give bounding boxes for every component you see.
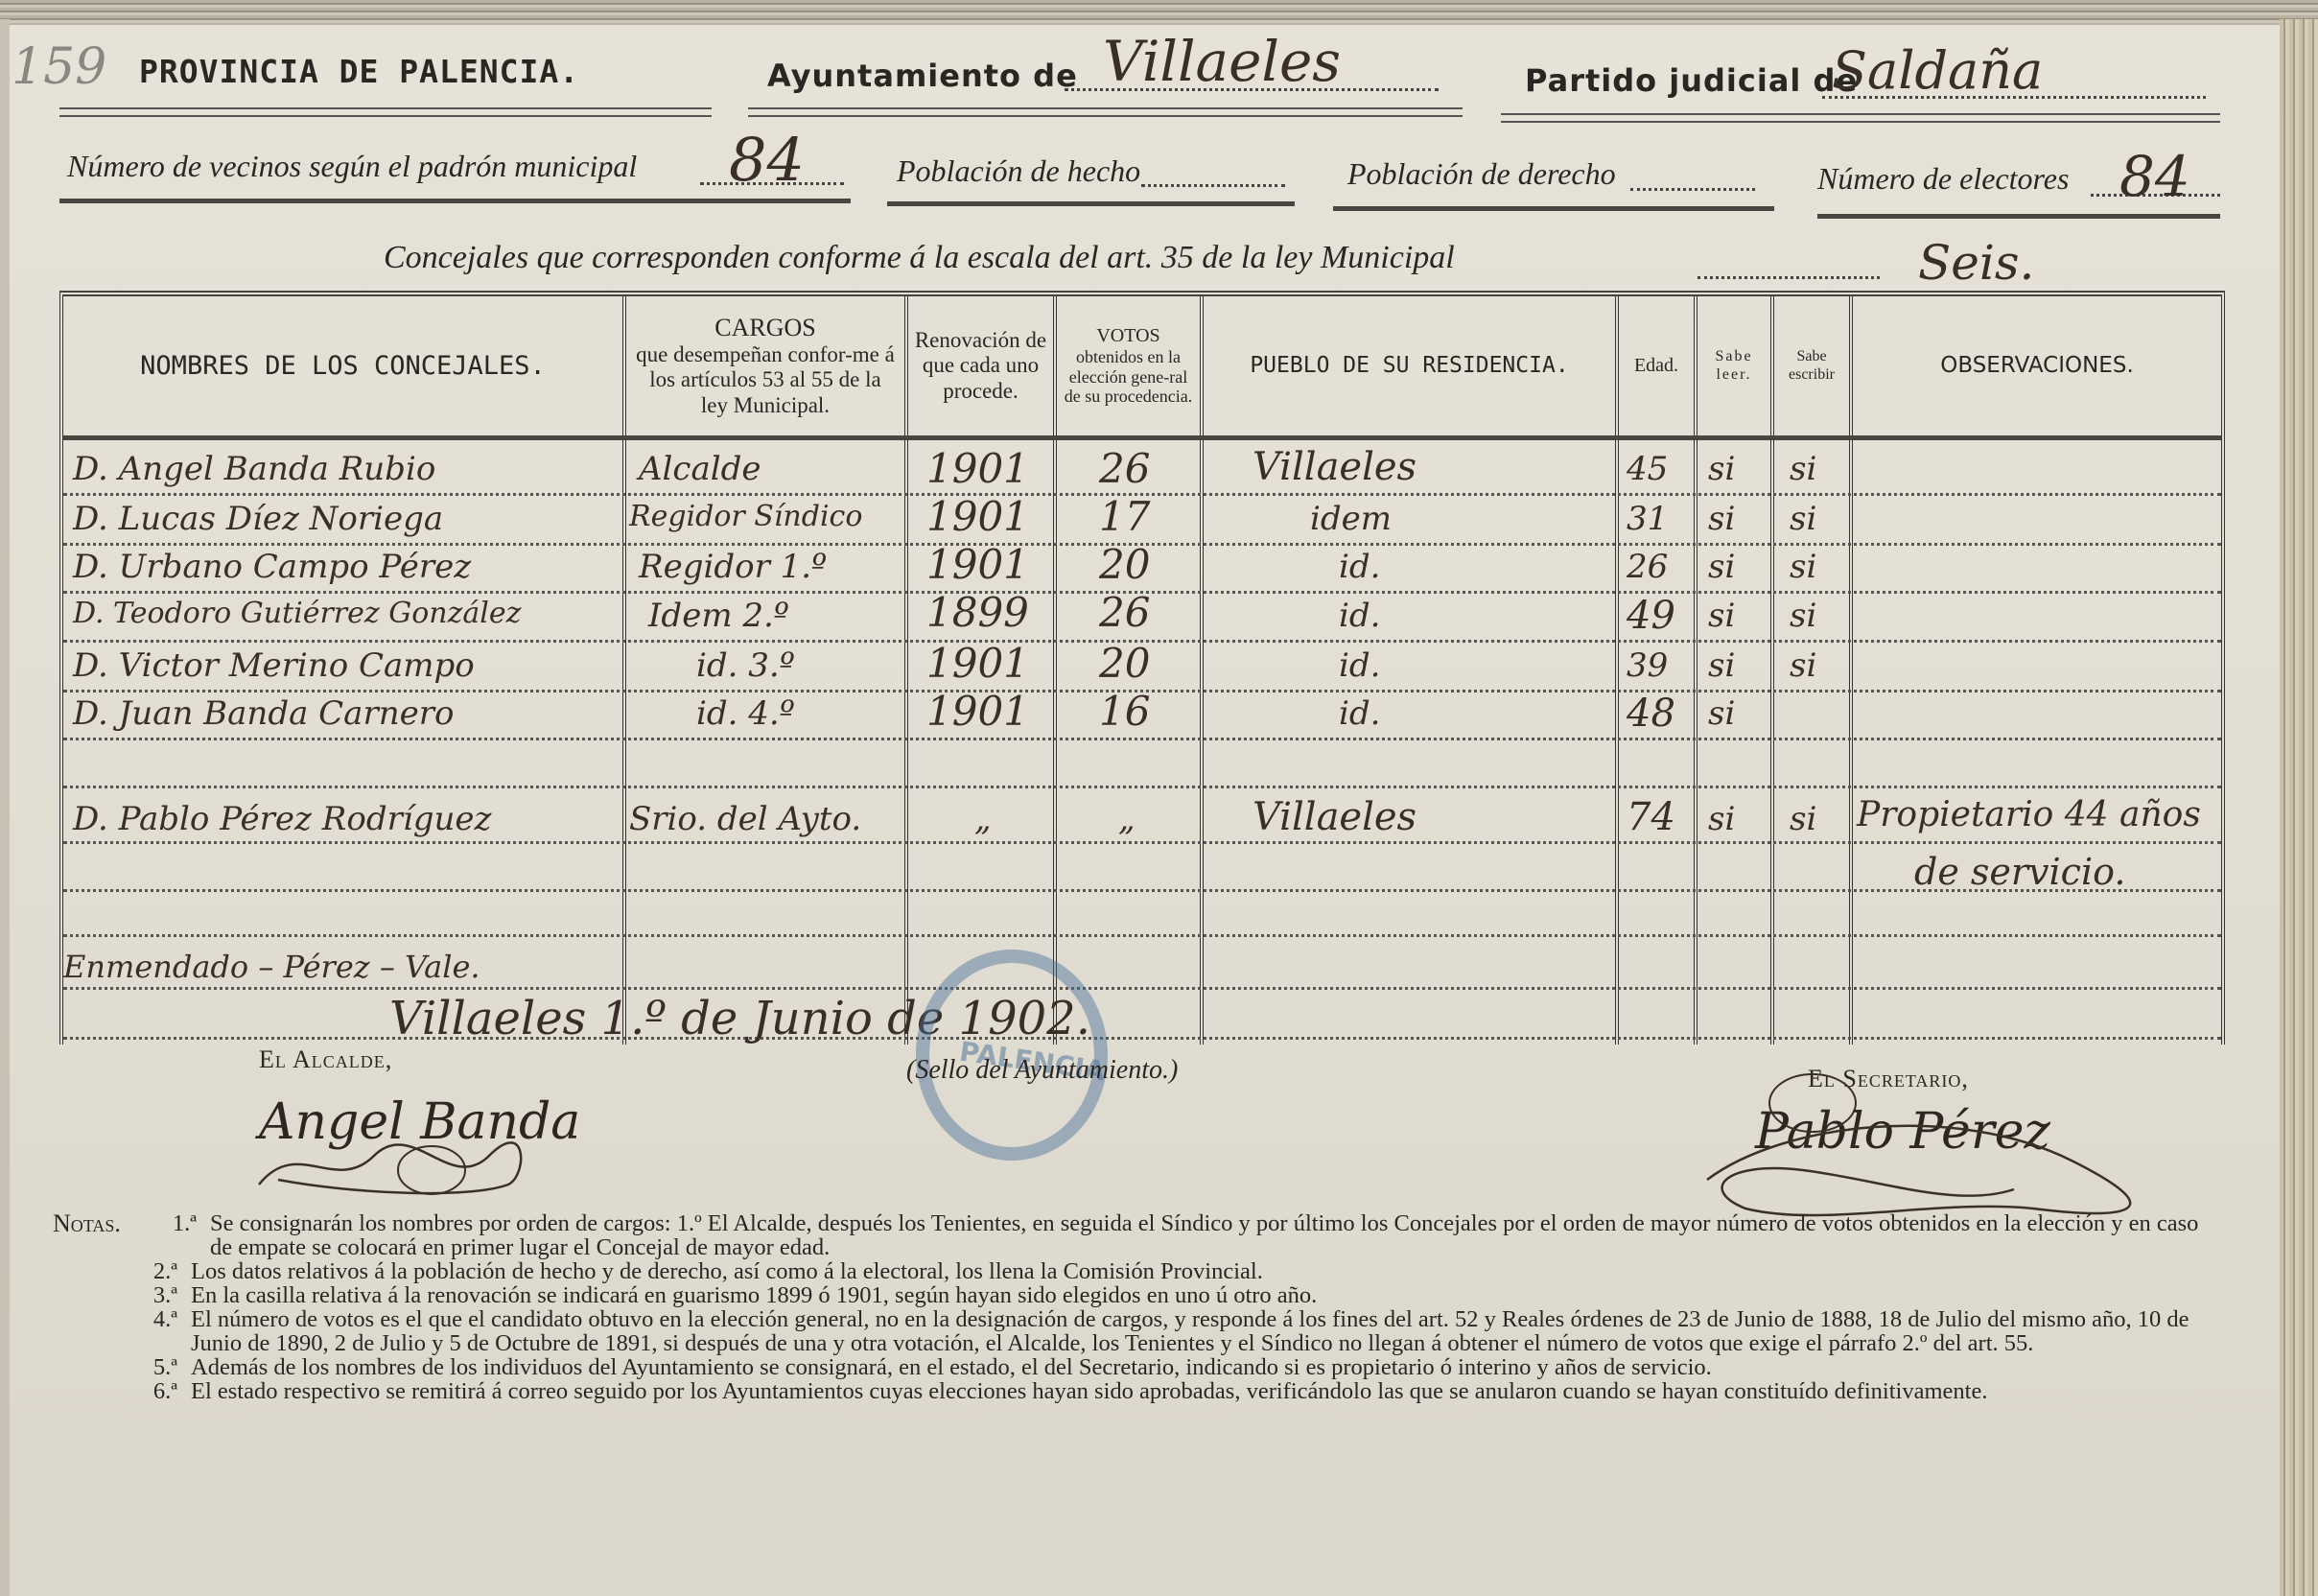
row-secretario-observaciones: Propietario 44 años [1857, 795, 2201, 834]
poblacion-derecho-label: Población de derecho [1347, 156, 1616, 192]
row-4-edad: 49 [1627, 594, 1675, 638]
row-5-renovacion: 1901 [926, 640, 1029, 687]
row-6-leer: si [1708, 694, 1735, 733]
header-pueblo: PUEBLO DE SU RESIDENCIA. [1204, 296, 1615, 435]
ayuntamiento-label: Ayuntamiento de [767, 58, 1078, 94]
poblacion-derecho-line [1630, 188, 1755, 191]
row-1-votos: 26 [1099, 445, 1150, 492]
note-number: 1.ª [158, 1211, 210, 1259]
concejales-table: NOMBRES DE LOS CONCEJALES. CARGOS que de… [59, 291, 2225, 1044]
divider [748, 107, 1463, 117]
header-votos: VOTOS obtenidos en la elección gene-ral … [1057, 296, 1200, 435]
notes-lead: Notas. [53, 1211, 158, 1259]
row-3-cargo: Regidor 1.º [639, 548, 827, 586]
row-6-cargo: id. 4.º [696, 694, 795, 733]
row-1-renovacion: 1901 [926, 445, 1029, 492]
row-2-cargo: Regidor Síndico [629, 500, 862, 533]
note-text: Se consignarán los nombres por orden de … [210, 1211, 2220, 1259]
note-4: 4.ª El número de votos es el que el cand… [53, 1307, 2220, 1355]
header-rule [63, 435, 2221, 440]
note-2: 2.ª Los datos relativos á la población d… [53, 1259, 2220, 1283]
concejales-scale-line [1698, 276, 1880, 279]
note-number: 2.ª [53, 1259, 191, 1283]
secretario-flourish-icon [1669, 1065, 2167, 1228]
row-4-votos: 26 [1099, 589, 1150, 636]
row-6-pueblo: id. [1339, 694, 1380, 733]
row-line [63, 889, 2221, 892]
note-6: 6.ª El estado respectivo se remitirá á c… [53, 1379, 2220, 1403]
divider [1501, 113, 2220, 123]
concejales-scale-value: Seis. [1918, 235, 2034, 291]
row-5-edad: 39 [1627, 646, 1668, 685]
row-2-pueblo: idem [1310, 500, 1392, 538]
row-3-edad: 26 [1627, 548, 1668, 586]
alcalde-label: El Alcalde, [259, 1045, 392, 1074]
divider [887, 201, 1295, 206]
note-number: 6.ª [53, 1379, 191, 1403]
row-6-edad: 48 [1627, 692, 1675, 736]
header-nombres: NOMBRES DE LOS CONCEJALES. [63, 296, 622, 435]
note-number: 3.ª [53, 1283, 191, 1307]
note-3: 3.ª En la casilla relativa á la renovaci… [53, 1283, 2220, 1307]
vecinos-value: 84 [729, 125, 805, 195]
row-secretario-observaciones-cont: de servicio. [1914, 851, 2125, 893]
row-2-votos: 17 [1099, 493, 1150, 540]
header-observaciones: OBSERVACIONES. [1853, 296, 2221, 435]
enmienda-note: Enmendado – Pérez – Vale. [63, 949, 480, 985]
note-text: En la casilla relativa á la renovación s… [191, 1283, 2220, 1307]
row-5-votos: 20 [1099, 640, 1150, 687]
row-1-pueblo: Villaeles [1253, 445, 1417, 489]
row-1-cargo: Alcalde [639, 450, 761, 488]
header-cargos: CARGOS que desempeñan confor-me á los ar… [626, 296, 904, 435]
document-page: 159 PROVINCIA DE PALENCIA. Ayuntamiento … [0, 0, 2318, 1596]
row-6-renovacion: 1901 [926, 688, 1029, 735]
note-text: Los datos relativos á la población de he… [191, 1259, 2220, 1283]
electores-value: 84 [2119, 144, 2190, 209]
row-4-cargo: Idem 2.º [648, 597, 789, 635]
row-4-nombre: D. Teodoro Gutiérrez González [73, 597, 521, 630]
row-3-nombre: D. Urbano Campo Pérez [73, 548, 471, 586]
header-sabe-leer: Sabe leer. [1698, 296, 1770, 435]
row-line [63, 1037, 2221, 1040]
row-2-edad: 31 [1627, 500, 1668, 538]
row-secretario-votos: „ [1118, 800, 1136, 838]
header-cargos-sub: que desempeñan confor-me á los artículos… [636, 342, 895, 418]
poblacion-hecho-line [1141, 184, 1285, 187]
row-2-leer: si [1708, 500, 1735, 538]
row-1-leer: si [1708, 450, 1735, 488]
row-5-cargo: id. 3.º [696, 646, 795, 685]
row-1-edad: 45 [1627, 450, 1668, 488]
row-5-nombre: D. Victor Merino Campo [73, 646, 475, 685]
row-line [63, 786, 2221, 788]
header-sabe-escribir: Sabe escribir [1774, 296, 1849, 435]
row-secretario-pueblo: Villaeles [1253, 795, 1417, 839]
header-cargos-title: CARGOS [714, 314, 815, 342]
row-3-leer: si [1708, 548, 1735, 586]
row-6-votos: 16 [1099, 688, 1150, 735]
row-1-nombre: D. Angel Banda Rubio [73, 450, 435, 488]
row-secretario-escribir: si [1790, 800, 1816, 838]
note-5: 5.ª Además de los nombres de los individ… [53, 1355, 2220, 1379]
partido-value: Saldaña [1832, 40, 2043, 101]
row-4-renovacion: 1899 [926, 589, 1029, 636]
divider [59, 107, 712, 117]
seal-label: (Sello del Ayuntamiento.) [906, 1055, 1178, 1086]
notes-section: Notas. 1.ª Se consignarán los nombres po… [53, 1211, 2220, 1403]
row-line [63, 841, 2221, 844]
row-secretario-cargo: Srio. del Ayto. [629, 800, 861, 838]
row-line [63, 934, 2221, 937]
concejales-scale-label: Concejales que corresponden conforme á l… [384, 240, 1455, 276]
divider [59, 199, 851, 203]
row-3-escribir: si [1790, 548, 1816, 586]
row-line [63, 987, 2221, 990]
poblacion-hecho-label: Población de hecho [897, 153, 1140, 189]
note-text: El número de votos es el que el candidat… [191, 1307, 2220, 1355]
row-4-escribir: si [1790, 597, 1816, 635]
folio-number: 159 [12, 38, 106, 96]
row-2-renovacion: 1901 [926, 493, 1029, 540]
book-top-edge [0, 0, 2318, 25]
row-1-escribir: si [1790, 450, 1816, 488]
note-1: Notas. 1.ª Se consignarán los nombres po… [53, 1211, 2220, 1259]
row-4-leer: si [1708, 597, 1735, 635]
note-number: 4.ª [53, 1307, 191, 1355]
row-5-escribir: si [1790, 646, 1816, 685]
book-right-edge [2280, 19, 2318, 1596]
province-title: PROVINCIA DE PALENCIA. [139, 53, 579, 90]
row-2-nombre: D. Lucas Díez Noriega [73, 500, 443, 538]
row-3-renovacion: 1901 [926, 541, 1029, 588]
row-secretario-leer: si [1708, 800, 1735, 838]
alcalde-flourish-icon [240, 1127, 547, 1204]
row-6-nombre: D. Juan Banda Carnero [73, 694, 454, 733]
book-left-edge [0, 19, 10, 1596]
note-text: Además de los nombres de los individuos … [191, 1355, 2220, 1379]
row-5-leer: si [1708, 646, 1735, 685]
header-renovacion: Renovación de que cada uno procede. [908, 296, 1053, 435]
note-text: El estado respectivo se remitirá á corre… [191, 1379, 2220, 1403]
header-votos-title: VOTOS [1096, 325, 1159, 347]
row-secretario-nombre: D. Pablo Pérez Rodríguez [73, 800, 491, 838]
row-5-pueblo: id. [1339, 646, 1380, 685]
divider [1333, 206, 1774, 211]
header-edad: Edad. [1619, 296, 1694, 435]
row-2-escribir: si [1790, 500, 1816, 538]
divider [1817, 214, 2220, 219]
partido-label: Partido judicial de [1525, 62, 1858, 99]
vecinos-label: Número de vecinos según el padrón munici… [67, 149, 637, 184]
electores-label: Número de electores [1817, 161, 2069, 197]
header-votos-sub: obtenidos en la elección gene-ral de su … [1063, 347, 1194, 407]
row-secretario-edad: 74 [1627, 795, 1675, 839]
row-3-pueblo: id. [1339, 548, 1380, 586]
row-line [63, 738, 2221, 740]
row-3-votos: 20 [1099, 541, 1150, 588]
ayuntamiento-value: Villaeles [1103, 29, 1341, 94]
row-4-pueblo: id. [1339, 597, 1380, 635]
note-number: 5.ª [53, 1355, 191, 1379]
row-secretario-renovacion: „ [974, 800, 992, 838]
